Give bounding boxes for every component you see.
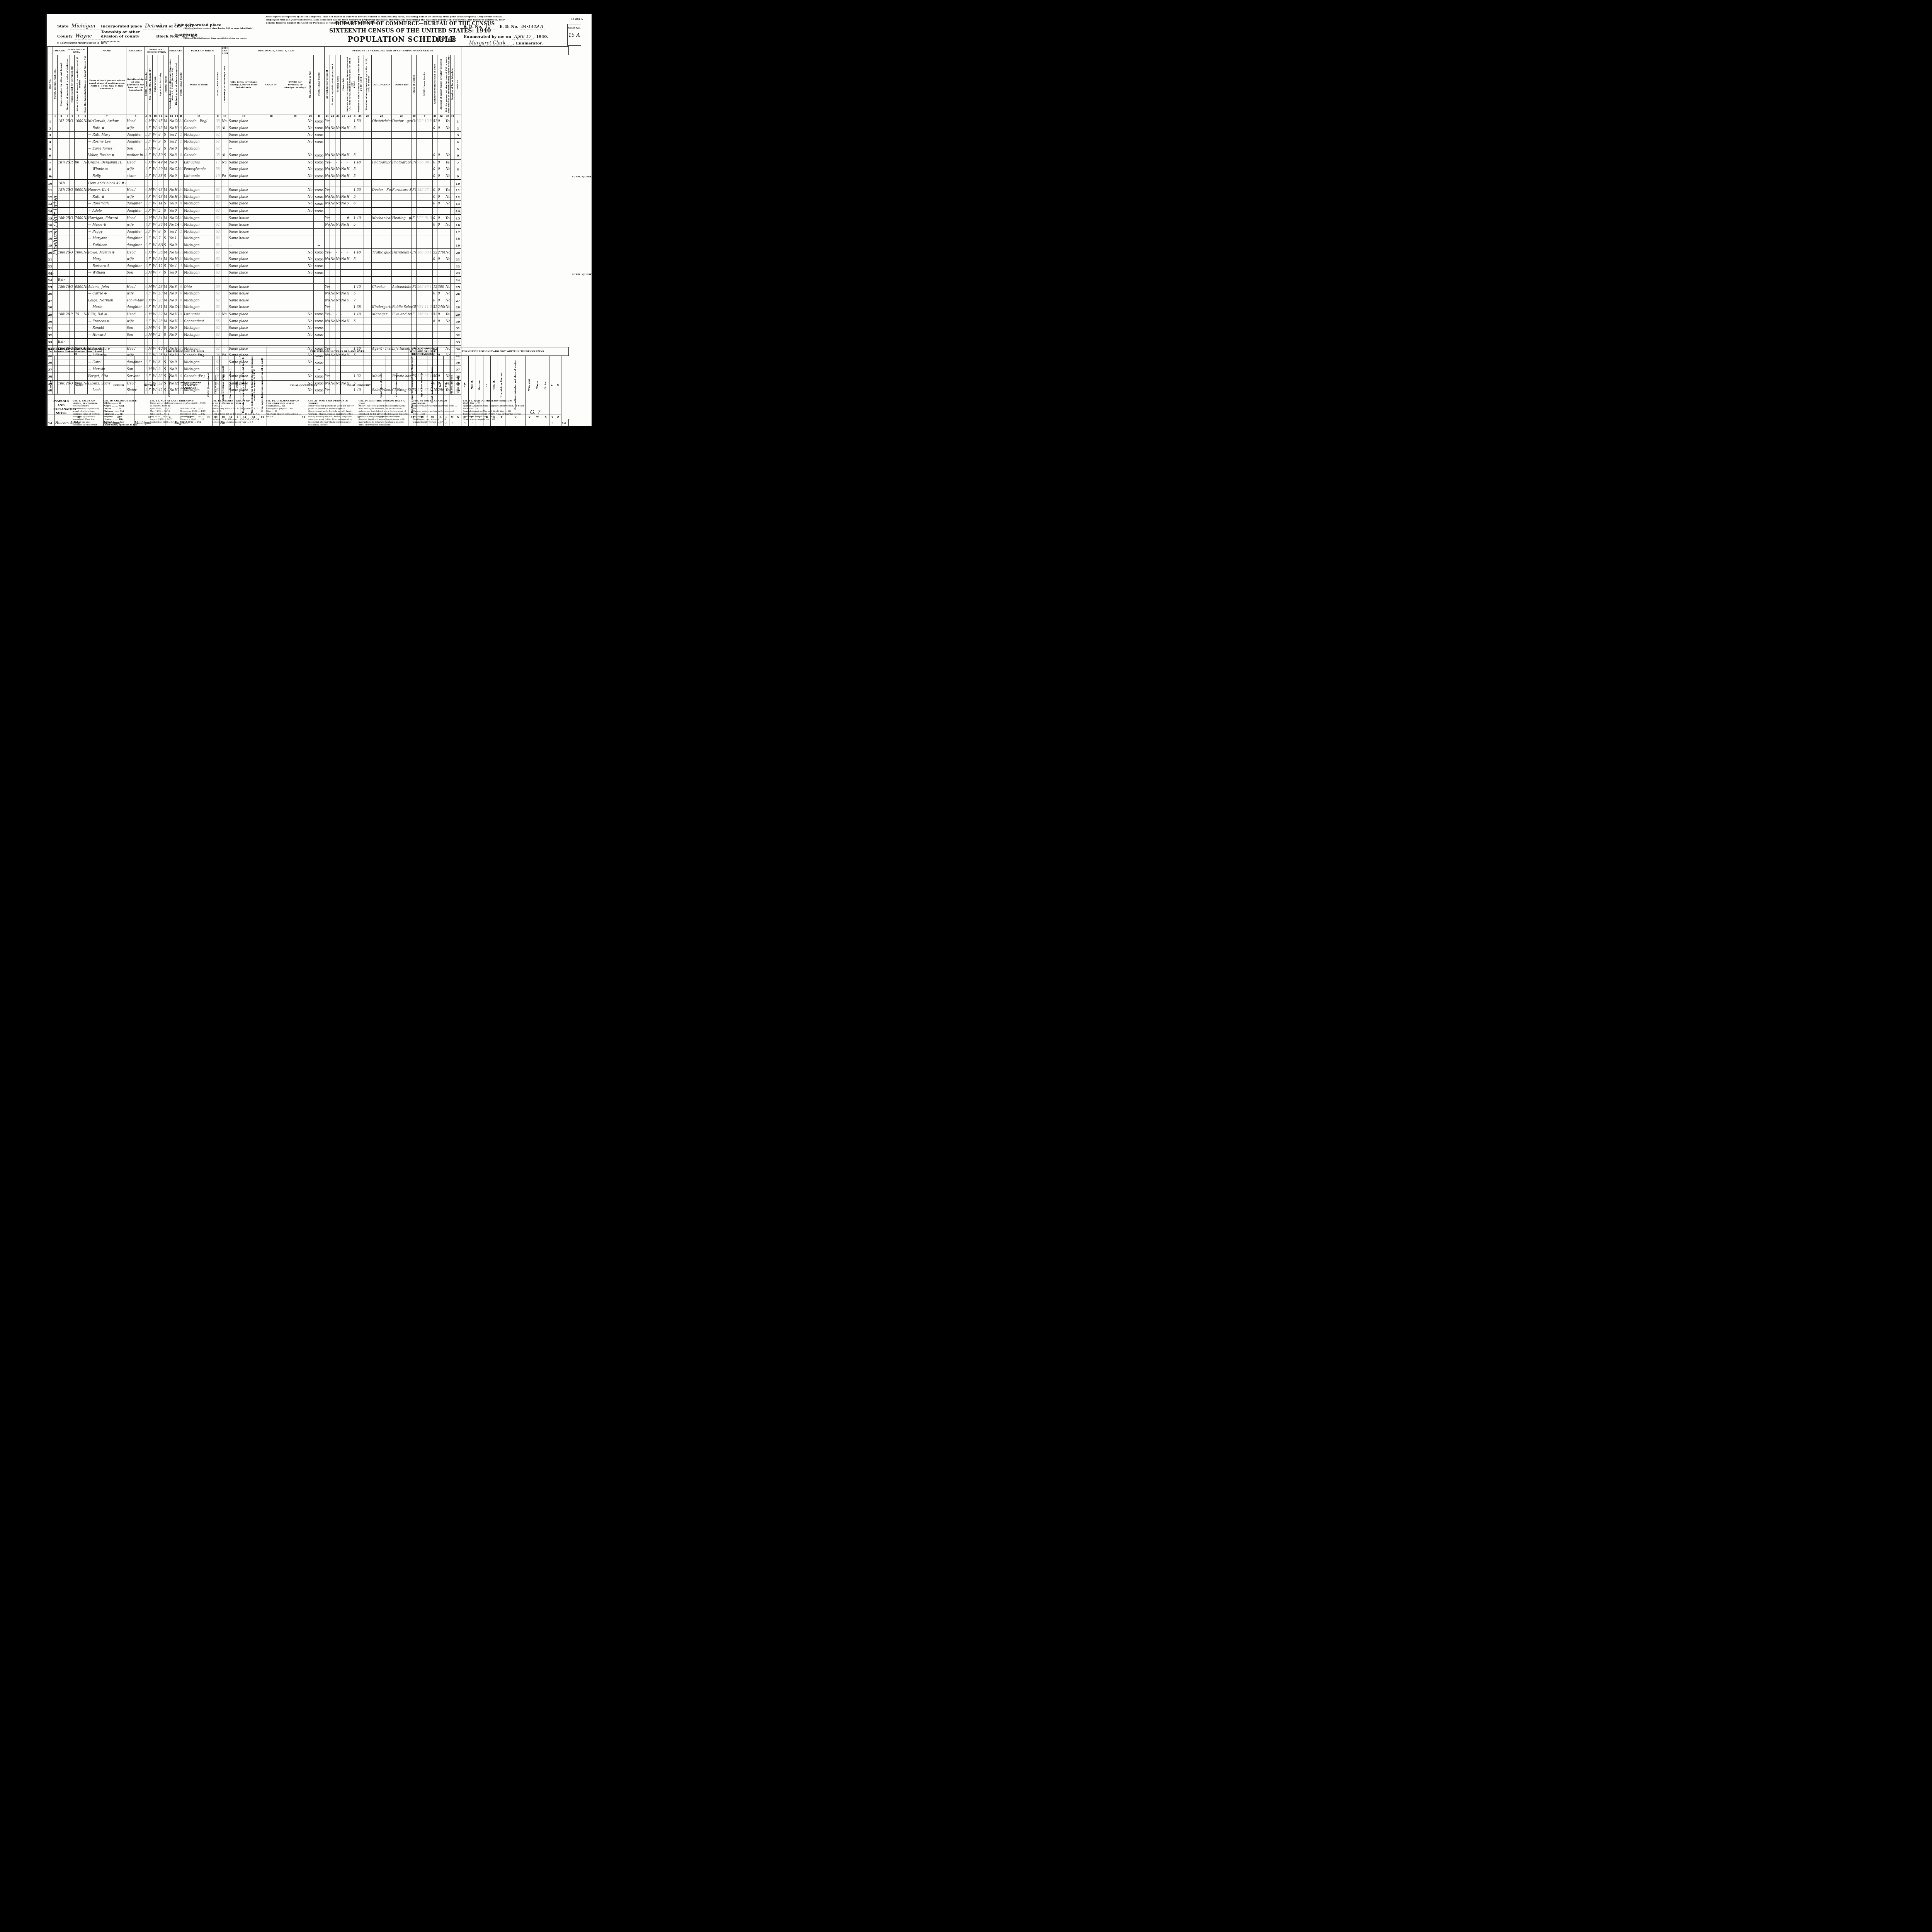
cell-farm	[83, 194, 88, 201]
cell-weeks-unemp	[364, 270, 372, 277]
cell-marital: S	[163, 242, 169, 249]
cell-cls	[412, 242, 417, 249]
cell-code-f	[417, 138, 433, 145]
cell-house: 18660	[58, 284, 65, 291]
cell-res-county	[259, 187, 283, 194]
cell-wages: 0	[437, 256, 445, 263]
cell-weeks-unemp	[364, 235, 372, 242]
cell-age: 43	[158, 194, 163, 201]
cell-code-b: 80	[179, 118, 184, 125]
cell-c21	[325, 228, 330, 235]
cell-c25: H	[346, 152, 353, 159]
census-row: 22— Barbara A.daughter2FW12SYes44Michiga…	[48, 263, 569, 270]
cell-code-f	[417, 125, 433, 132]
cell-owned	[70, 325, 75, 332]
cell-c23: -	[335, 214, 341, 221]
cell-weeks-unemp	[364, 256, 372, 263]
cell-res-county	[259, 235, 283, 242]
cell-c23	[335, 270, 341, 277]
cell-farm	[83, 132, 88, 139]
cell-age: 32	[158, 311, 163, 318]
cell-hours	[356, 263, 364, 270]
cell-c23: No	[335, 318, 341, 325]
cell-ind	[392, 201, 412, 207]
cell-weeks-unemp	[364, 325, 372, 332]
sheet-number: 15 A	[568, 32, 581, 38]
cell-c24	[341, 235, 346, 242]
column-header: CODE (Leave blank)	[417, 55, 433, 114]
cell-occ: Obstetrician	[372, 118, 392, 125]
note-item: World War ... W	[463, 402, 525, 405]
column-number: 25	[346, 114, 353, 118]
cell-hours: 40	[356, 284, 364, 291]
cell-res-state	[283, 325, 307, 332]
cell-c25: -	[346, 304, 353, 311]
cell-code-f: V66 89 1	[417, 159, 433, 166]
cell-c23	[335, 145, 341, 152]
cell-code-a: 2	[145, 263, 148, 270]
cell-age: 8	[158, 132, 163, 139]
cell-hours	[356, 290, 364, 297]
cell-wages: 0	[437, 118, 445, 125]
cell-c21: No	[325, 318, 330, 325]
cell-c25	[346, 270, 353, 277]
cell-res-farm	[307, 338, 314, 345]
cell-hours: 50	[356, 118, 364, 125]
cell-code-c: 62	[214, 132, 221, 139]
cell-code-a: 0	[145, 214, 148, 221]
cell-weeks-unemp	[364, 242, 372, 249]
cell-line: 29	[48, 311, 53, 318]
cell-code-b: 60	[179, 166, 184, 173]
cell-marital: S	[163, 173, 169, 180]
cell-birth	[184, 180, 214, 187]
note-item: Other war or expedition ... Ot	[463, 418, 525, 421]
cell-wages: 0	[437, 318, 445, 325]
cell-res-city: Same house	[228, 290, 259, 297]
cell-res-city: Same house	[228, 235, 259, 242]
cell-grade: H4	[174, 256, 179, 263]
cell-line: 7	[48, 159, 53, 166]
cell-name: Hoover, Karl	[88, 187, 126, 194]
cell-value	[75, 145, 83, 152]
cell-birth: Canada	[184, 125, 214, 132]
cell-c24	[341, 277, 346, 284]
cell-code-a: 1	[145, 318, 148, 325]
cell-code-a: 0	[145, 118, 148, 125]
cell-c22	[330, 235, 335, 242]
cell-age	[158, 338, 163, 345]
cell-value: 7000	[75, 249, 83, 256]
cell-line: 29	[454, 311, 461, 318]
cell-rel: daughter	[126, 132, 145, 139]
cell-marital: M	[163, 187, 169, 194]
cell-other-inc	[445, 338, 451, 345]
column-header: CODE	[353, 55, 356, 114]
cell-race: W	[153, 325, 158, 332]
cell-code-b: 30	[179, 187, 184, 194]
cell-cls	[412, 132, 417, 139]
sheet-number-box: Sheet No. 15 A	[567, 24, 581, 46]
cell-race: W	[153, 242, 158, 249]
cell-line: 5	[454, 145, 461, 152]
column-header: At work on public emergency work	[330, 55, 335, 114]
cell-farm: No	[83, 118, 88, 125]
cell-res-city: Same place	[228, 152, 259, 159]
cell-marital: S	[163, 270, 169, 277]
cell-c23: -	[335, 118, 341, 125]
cell-c24: No	[341, 125, 346, 132]
cell-grade: 8	[174, 201, 179, 207]
cell-marital: M	[163, 221, 169, 228]
cell-res-state	[283, 152, 307, 159]
cell-rel: wife	[126, 194, 145, 201]
column-header: Sex—Male (M), Female (F)	[148, 55, 153, 114]
cell-hh	[65, 297, 70, 304]
cell-street	[53, 284, 58, 291]
cell-owned: O	[70, 118, 75, 125]
cell-marital: M	[163, 166, 169, 173]
cell-other-inc: Yes	[445, 159, 451, 166]
cell-code-f	[417, 277, 433, 284]
cell-c21: Yes	[325, 304, 330, 311]
cell-cit	[221, 297, 228, 304]
cell-marital: M	[163, 304, 169, 311]
cell-farm-sched	[451, 242, 454, 249]
column-header: COUNTY	[259, 55, 283, 114]
note-item: August 1939 ... 7/12	[150, 418, 178, 421]
cell-birth: Michigan	[184, 242, 214, 249]
cell-value	[75, 297, 83, 304]
cell-farm-sched	[451, 332, 454, 338]
cell-res-county	[259, 318, 283, 325]
cell-code-f	[417, 318, 433, 325]
cell-value	[75, 194, 83, 201]
cell-code-d	[314, 290, 325, 297]
cell-birth: Pennsylvania	[184, 166, 214, 173]
cell-c22: -	[330, 159, 335, 166]
cell-c24: -	[341, 118, 346, 125]
cell-code-b: 20	[179, 318, 184, 325]
cell-value	[75, 138, 83, 145]
cell-school: No	[169, 118, 174, 125]
cell-res-county	[259, 256, 283, 263]
cell-hh: 255	[65, 118, 70, 125]
cell-rel: Son	[126, 270, 145, 277]
cell-c22	[330, 207, 335, 215]
cell-grade: 4	[174, 263, 179, 270]
cell-school: No	[169, 214, 174, 221]
cell-hh	[65, 138, 70, 145]
column-header: Highest grade of school completed	[174, 55, 179, 114]
cell-birth: Michigan	[184, 228, 214, 235]
cell-line: 32	[48, 332, 53, 338]
cell-code-b: 2	[179, 132, 184, 139]
cell-code-c: 62	[214, 201, 221, 207]
cell-other-inc	[445, 180, 451, 187]
cell-wages: 0	[437, 187, 445, 194]
column-number: 20	[307, 114, 314, 118]
column-header: Duration of unemployment up to March 30,…	[364, 55, 372, 114]
cell-marital	[163, 180, 169, 187]
cell-race: W	[153, 221, 158, 228]
column-number: 21	[325, 114, 330, 118]
column-number: 23	[335, 114, 341, 118]
cell-sex: F	[148, 152, 153, 159]
cell-c22: No	[330, 194, 335, 201]
cell-cls	[412, 297, 417, 304]
cell-code-c: 17	[214, 159, 221, 166]
cell-res-farm: No	[307, 194, 314, 201]
cell-sex: F	[148, 235, 153, 242]
cell-weeks-unemp	[364, 228, 372, 235]
cell-grade: H4	[174, 249, 179, 256]
cell-farm-sched	[451, 311, 454, 318]
enumeration-date-field: Enumerated by me on April 17, 1940.	[464, 34, 548, 39]
cell-c25	[346, 207, 353, 215]
cell-occ	[372, 270, 392, 277]
cell-farm-sched	[451, 318, 454, 325]
cell-code-b: 8	[179, 284, 184, 291]
cell-code-e	[353, 263, 356, 270]
cell-res-county	[259, 201, 283, 207]
cell-rel: Son	[126, 332, 145, 338]
enumerator-field: Margaret Clark, Enumerator.	[468, 40, 543, 46]
cell-age: 36	[158, 249, 163, 256]
cell-ind	[392, 145, 412, 152]
cell-hours: 40	[356, 311, 364, 318]
cell-hours	[356, 228, 364, 235]
cell-marital: M	[163, 284, 169, 291]
cell-wages	[437, 338, 445, 345]
cell-code-c: 55	[214, 318, 221, 325]
census-row: 718708256R80NoGraine, Benjamin H.Head0MW…	[48, 159, 569, 166]
cell-other-inc	[445, 263, 451, 270]
cell-res-state	[283, 235, 307, 242]
cell-owned	[70, 152, 75, 159]
cell-farm-sched	[451, 152, 454, 159]
cell-farm: No	[83, 159, 88, 166]
cell-code-e	[353, 242, 356, 249]
cell-c21	[325, 242, 330, 249]
cell-wks	[433, 325, 437, 332]
cell-res-county	[259, 332, 283, 338]
cell-farm-sched	[451, 194, 454, 201]
cell-c23: -	[335, 284, 341, 291]
cell-race: W	[153, 311, 158, 318]
cell-value	[75, 173, 83, 180]
cell-street	[53, 318, 58, 325]
cell-birth: Michigan	[184, 332, 214, 338]
cell-sex: F	[148, 318, 153, 325]
cell-marital: M	[163, 125, 169, 132]
cell-farm	[83, 207, 88, 215]
cell-cls	[412, 263, 417, 270]
cell-wages: 0	[437, 166, 445, 173]
cell-code-e	[353, 132, 356, 139]
cell-c24: -	[341, 249, 346, 256]
cell-res-farm	[307, 304, 314, 311]
cell-weeks-unemp	[364, 194, 372, 201]
cell-res-county	[259, 277, 283, 284]
cell-wages: 0	[437, 297, 445, 304]
cell-street	[53, 256, 58, 263]
cell-grade: 2	[174, 138, 179, 145]
cell-c25	[346, 311, 353, 318]
cell-other-inc: Yes	[445, 118, 451, 125]
cell-school: No	[169, 194, 174, 201]
cell-code-b	[179, 180, 184, 187]
column-number: 34	[451, 114, 454, 118]
cell-farm	[83, 325, 88, 332]
column-header: Marital status	[163, 55, 169, 114]
column-number: E	[353, 114, 356, 118]
cell-code-b: 4	[179, 263, 184, 270]
cell-res-city: Same place	[228, 187, 259, 194]
cell-sex	[148, 277, 153, 284]
cell-other-inc: No	[445, 221, 451, 228]
cell-house	[58, 325, 65, 332]
note-item: White ......... W	[104, 402, 146, 405]
cell-hours	[356, 125, 364, 132]
note-col11: Col. 11. AGE AT LAST BIRTHDAY:Enter age …	[150, 400, 208, 424]
cell-c23: -	[335, 187, 341, 194]
cell-house	[58, 297, 65, 304]
cell-c22	[330, 277, 335, 284]
cell-c21: No	[325, 152, 330, 159]
note-item: Spanish-American War, Philippine Insurre…	[463, 405, 525, 410]
cell-grade: H3	[174, 318, 179, 325]
cell-sex: F	[148, 263, 153, 270]
cell-occ	[372, 221, 392, 228]
cell-code-a: 0	[145, 249, 148, 256]
cell-line: 18	[48, 235, 53, 242]
cell-sex: M	[148, 159, 153, 166]
cell-value	[75, 201, 83, 207]
cell-hours: 40	[356, 214, 364, 221]
cell-cls	[412, 235, 417, 242]
note-col24: Col. 24. DID THIS PERSON HAVE A JOB?Ente…	[359, 400, 409, 427]
cell-res-city: Same place	[228, 325, 259, 332]
cell-hh	[65, 125, 70, 132]
cell-res-state	[283, 263, 307, 270]
cell-grade: H4	[174, 194, 179, 201]
cell-res-county	[259, 228, 283, 235]
cell-school: Yes	[169, 207, 174, 215]
column-number: 7	[88, 114, 126, 118]
cell-c24: No	[341, 152, 346, 159]
cell-race: W	[153, 318, 158, 325]
cell-c23: No	[335, 152, 341, 159]
cell-other-inc	[445, 138, 451, 145]
cell-res-city: Same place	[228, 173, 259, 180]
cell-code-d: XOXO	[314, 207, 325, 215]
cell-ind	[392, 221, 412, 228]
cell-res-state	[283, 125, 307, 132]
cell-race: W	[153, 125, 158, 132]
cell-code-e	[353, 145, 356, 152]
cell-farm	[83, 277, 88, 284]
cell-value: 10000	[75, 118, 83, 125]
cell-code-c: 62	[214, 270, 221, 277]
cell-occ	[372, 180, 392, 187]
cell-code-e	[353, 332, 356, 338]
cell-code-d: XOXO	[314, 194, 325, 201]
cell-c25: S	[346, 201, 353, 207]
cell-code-a: 2	[145, 325, 148, 332]
cell-race: W	[153, 173, 158, 180]
cell-c24: -	[341, 214, 346, 221]
cell-code-e: 1	[353, 284, 356, 291]
notes-title: SYMBOLS AND EXPLANATORY NOTES	[53, 400, 69, 415]
cell-c21	[325, 338, 330, 345]
cell-code-b: 8	[179, 201, 184, 207]
cell-rel: daughter	[126, 201, 145, 207]
cell-ind: Petroleum Co.	[392, 249, 412, 256]
cell-code-c: 62	[214, 256, 221, 263]
cell-school: No	[169, 249, 174, 256]
cell-farm-sched	[451, 214, 454, 221]
cell-code-d	[314, 228, 325, 235]
cell-marital: S	[163, 145, 169, 152]
cell-school: No	[169, 152, 174, 159]
cell-other-inc: No	[445, 256, 451, 263]
cell-rel: daughter	[126, 138, 145, 145]
cell-farm	[83, 221, 88, 228]
cell-sex: F	[148, 256, 153, 263]
cell-farm	[83, 138, 88, 145]
cell-name	[88, 277, 126, 284]
cell-name: — Maryann	[88, 235, 126, 242]
cell-value	[75, 152, 83, 159]
cell-farm-sched	[451, 166, 454, 173]
cell-ind	[392, 290, 412, 297]
cell-weeks-unemp	[364, 318, 372, 325]
cell-rel: Head	[126, 214, 145, 221]
cell-code-a	[145, 180, 148, 187]
cell-res-county	[259, 138, 283, 145]
cell-line: 26	[454, 290, 461, 297]
cell-ind	[392, 138, 412, 145]
cell-hh: 257	[65, 187, 70, 194]
cell-sex: F	[148, 132, 153, 139]
cell-res-state	[283, 221, 307, 228]
cell-sex: F	[148, 201, 153, 207]
cell-hours	[356, 256, 364, 263]
note-item: Hindu ......... Hin	[104, 418, 146, 421]
cell-code-a: 0	[145, 284, 148, 291]
cell-farm-sched	[451, 325, 454, 332]
cell-hh	[65, 173, 70, 180]
suppl-quest-marker-29-right: SUPPL. QUEST.	[572, 273, 592, 276]
cell-code-c	[214, 277, 221, 284]
stamp-number: 13768	[436, 36, 456, 43]
cell-cit	[221, 132, 228, 139]
cell-occ: Manager	[372, 311, 392, 318]
cell-grade: 0	[174, 159, 179, 166]
cell-code-e: 1	[353, 214, 356, 221]
cell-c23: No	[335, 173, 341, 180]
cell-code-f	[417, 145, 433, 152]
cell-ind	[392, 277, 412, 284]
cell-line: 19	[454, 242, 461, 249]
cell-name: — Carrie ⊗	[88, 290, 126, 297]
cell-hours	[356, 221, 364, 228]
cell-hours	[356, 145, 364, 152]
cell-c25	[346, 242, 353, 249]
cell-owned	[70, 132, 75, 139]
cell-c23	[335, 263, 341, 270]
